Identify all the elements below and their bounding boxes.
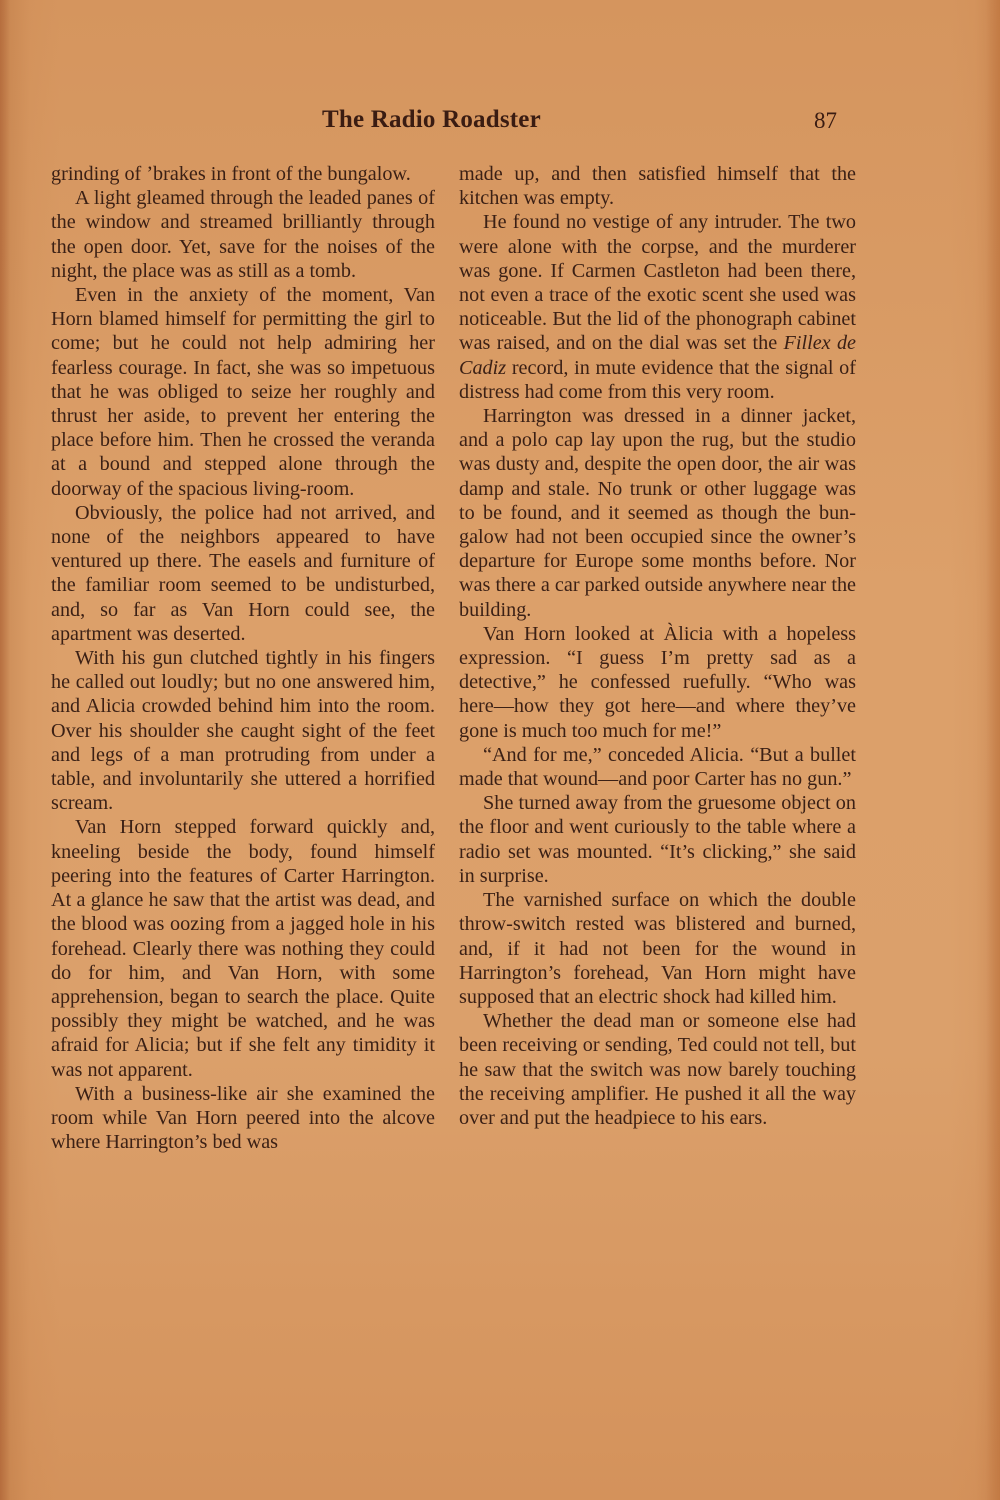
- paragraph-text-tail: record, in mute evidence that the signal…: [459, 357, 856, 403]
- left-column: grinding of ʼbrakes in front of the bung…: [51, 162, 435, 1154]
- paragraph: “And for me,” conceded Alicia. “But a bu…: [459, 743, 856, 791]
- paragraph-with-record-title: He found no vestige of any intruder. The…: [459, 210, 856, 404]
- paragraph: The varnished surface on which the doubl…: [459, 888, 856, 1009]
- paragraph: With his gun clutched tightly in his fin…: [51, 646, 435, 815]
- paragraph: Even in the anxiety of the moment, Van H…: [51, 283, 435, 501]
- book-page: The Radio Roadster 87 grinding of ʼbrake…: [0, 0, 1000, 1500]
- paragraph: She turned away from the gruesome object…: [459, 791, 856, 888]
- paragraph: grinding of ʼbrakes in front of the bung…: [51, 162, 435, 186]
- running-head: The Radio Roadster 87: [0, 106, 1000, 146]
- paragraph: made up, and then satisfied himself that…: [459, 162, 856, 210]
- running-title: The Radio Roadster: [322, 106, 541, 134]
- paragraph: Whether the dead man or someone else had…: [459, 1009, 856, 1130]
- paragraph: Obviously, the police had not arrived, a…: [51, 501, 435, 646]
- paragraph: With a business-like air she examined th…: [51, 1082, 435, 1155]
- right-column: made up, and then satisfied himself that…: [459, 162, 856, 1130]
- page-number: 87: [814, 108, 837, 134]
- paragraph: A light gleamed through the leaded panes…: [51, 186, 435, 283]
- paragraph: Harrington was dressed in a dinner jacke…: [459, 404, 856, 622]
- paragraph: Van Horn stepped forward quickly and, kn…: [51, 815, 435, 1081]
- page-right-edge: [986, 0, 1000, 1500]
- paragraph: Van Horn looked at Àlicia with a hopeles…: [459, 622, 856, 743]
- page-left-edge: [0, 0, 10, 1500]
